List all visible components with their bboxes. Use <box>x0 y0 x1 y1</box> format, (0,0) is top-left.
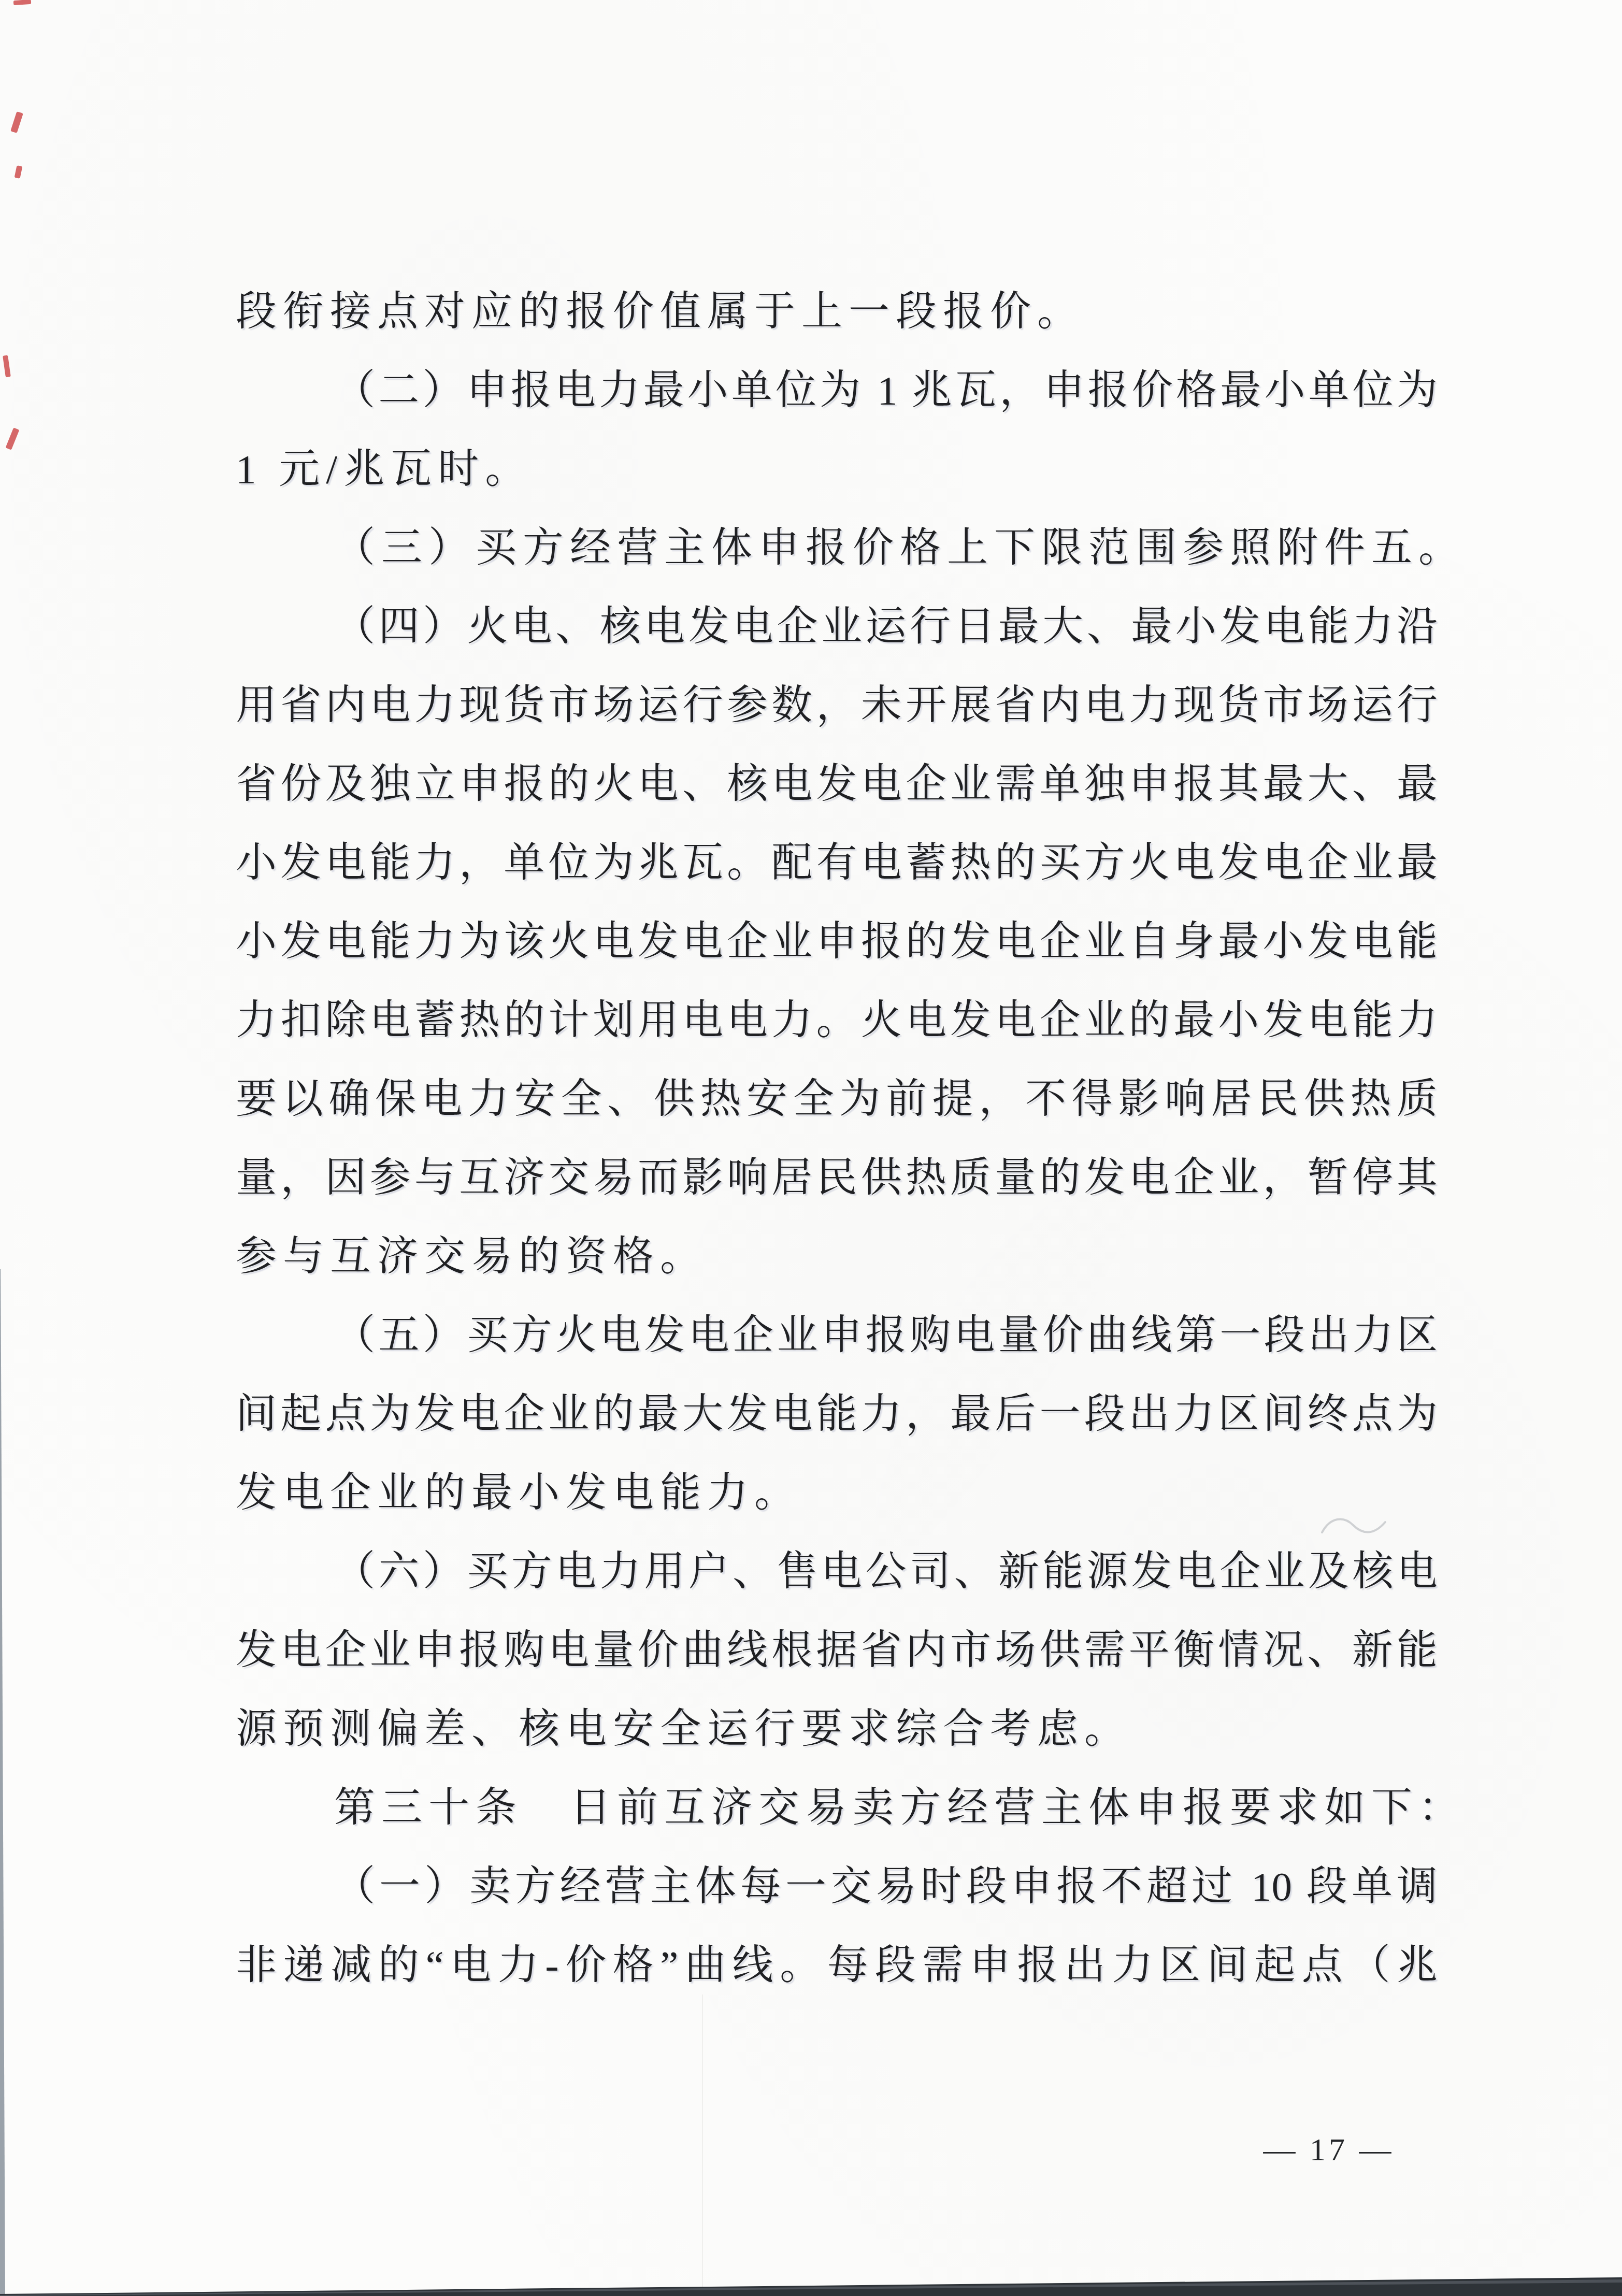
red-ink-mark <box>13 0 32 5</box>
document-line: （四）火电、核电发电企业运行日最大、最小发电能力沿 <box>236 588 1438 667</box>
scan-crease-line <box>702 1994 703 2296</box>
document-line: 发电企业申报购电量价曲线根据省内市场供需平衡情况、新能 <box>236 1612 1438 1690</box>
document-line: 源预测偏差、核电安全运行要求综合考虑。 <box>236 1690 1438 1769</box>
document-text-block: 段衔接点对应的报价值属于上一段报价。 （二）申报电力最小单位为 1 兆瓦，申报价… <box>236 273 1438 2005</box>
document-line: 非递减的“电力-价格”曲线。每段需申报出力区间起点（兆 <box>236 1927 1438 2005</box>
document-line: 发电企业的最小发电能力。 <box>236 1454 1438 1533</box>
scan-bottom-edge <box>0 2275 1622 2296</box>
document-line: 要以确保电力安全、供热安全为前提，不得影响居民供热质 <box>236 1060 1438 1139</box>
red-ink-mark <box>3 355 11 378</box>
red-ink-mark <box>6 427 20 450</box>
red-ink-mark <box>10 111 23 133</box>
document-line: 间起点为发电企业的最大发电能力，最后一段出力区间终点为 <box>236 1375 1438 1454</box>
document-line: 小发电能力为该火电发电企业申报的发电企业自身最小发电能 <box>236 903 1438 982</box>
document-line: 力扣除电蓄热的计划用电电力。火电发电企业的最小发电能力 <box>236 982 1438 1060</box>
article-30-heading-line: 第三十条 日前互济交易卖方经营主体申报要求如下： <box>236 1769 1438 1848</box>
document-line: （五）买方火电发电企业申报购电量价曲线第一段出力区 <box>236 1297 1438 1375</box>
document-line: 参与互济交易的资格。 <box>236 1218 1438 1297</box>
pencil-squiggle-artifact <box>1321 1513 1388 1544</box>
scanned-document-page: 段衔接点对应的报价值属于上一段报价。 （二）申报电力最小单位为 1 兆瓦，申报价… <box>0 0 1622 2296</box>
document-line: 省份及独立申报的火电、核电发电企业需单独申报其最大、最 <box>236 745 1438 824</box>
page-number: — 17 — <box>1228 2121 1430 2178</box>
document-line: 1 元/兆瓦时。 <box>236 431 1438 509</box>
document-line: （三）买方经营主体申报价格上下限范围参照附件五。 <box>236 509 1438 588</box>
document-line: （一）卖方经营主体每一交易时段申报不超过 10 段单调 <box>236 1848 1438 1927</box>
document-line: （六）买方电力用户、售电公司、新能源发电企业及核电 <box>236 1533 1438 1612</box>
document-line: 小发电能力，单位为兆瓦。配有电蓄热的买方火电发电企业最 <box>236 824 1438 903</box>
document-line: 用省内电力现货市场运行参数，未开展省内电力现货市场运行 <box>236 667 1438 745</box>
document-line: （二）申报电力最小单位为 1 兆瓦，申报价格最小单位为 <box>236 352 1438 431</box>
red-ink-mark <box>15 165 23 179</box>
document-line: 段衔接点对应的报价值属于上一段报价。 <box>236 273 1438 352</box>
document-line: 量，因参与互济交易而影响居民供热质量的发电企业，暂停其 <box>236 1139 1438 1218</box>
scan-left-edge <box>0 1269 5 2296</box>
